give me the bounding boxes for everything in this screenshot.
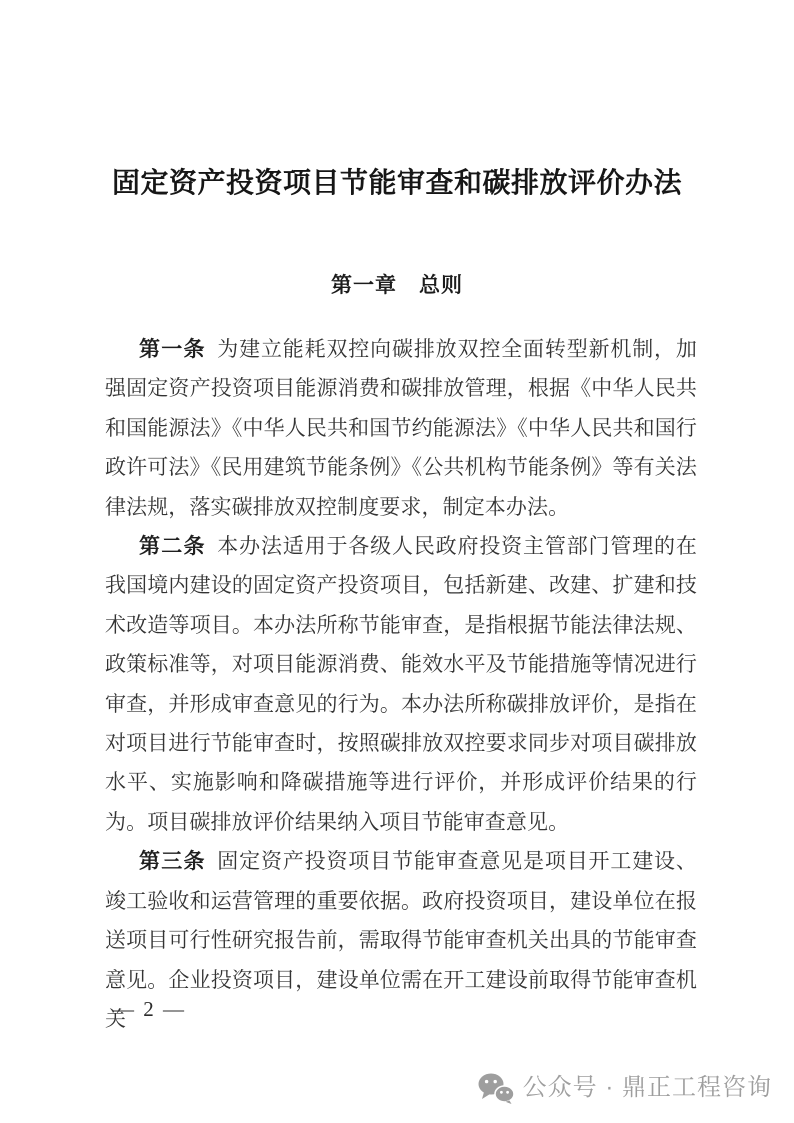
document-title: 固定资产投资项目节能审查和碳排放评价办法 [101,164,693,204]
article-1-label: 第一条 [139,338,206,361]
article-3-label: 第三条 [139,850,206,873]
footer-watermark-text: 公众号 · 鼎正工程咨询 [523,1070,772,1106]
article-1-paragraph: 第一条为建立能耗双控向碳排放双控全面转型新机制，加强固定资产投资项目能源消费和碳… [105,330,697,527]
footer-watermark: 公众号 · 鼎正工程咨询 [478,1070,772,1106]
article-1-text: 为建立能耗双控向碳排放双控全面转型新机制，加强固定资产投资项目能源消费和碳排放管… [105,337,697,519]
article-3-text: 固定资产投资项目节能审查意见是项目开工建设、竣工验收和运营管理的重要依据。政府投… [105,849,697,1031]
wechat-icon [478,1073,514,1104]
chapter-heading: 第一章 总则 [101,268,693,302]
page-number: — 2 — [113,994,186,1024]
article-2-text: 本办法适用于各级人民政府投资主管部门管理的在我国境内建设的固定资产投资项目，包括… [105,534,697,834]
article-2-label: 第二条 [139,535,206,558]
document-body: 第一条为建立能耗双控向碳排放双控全面转型新机制，加强固定资产投资项目能源消费和碳… [105,330,697,1039]
article-2-paragraph: 第二条本办法适用于各级人民政府投资主管部门管理的在我国境内建设的固定资产投资项目… [105,527,697,842]
document-page: 固定资产投资项目节能审查和碳排放评价办法 第一章 总则 第一条为建立能耗双控向碳… [0,0,794,1123]
article-3-paragraph: 第三条固定资产投资项目节能审查意见是项目开工建设、竣工验收和运营管理的重要依据。… [105,842,697,1039]
